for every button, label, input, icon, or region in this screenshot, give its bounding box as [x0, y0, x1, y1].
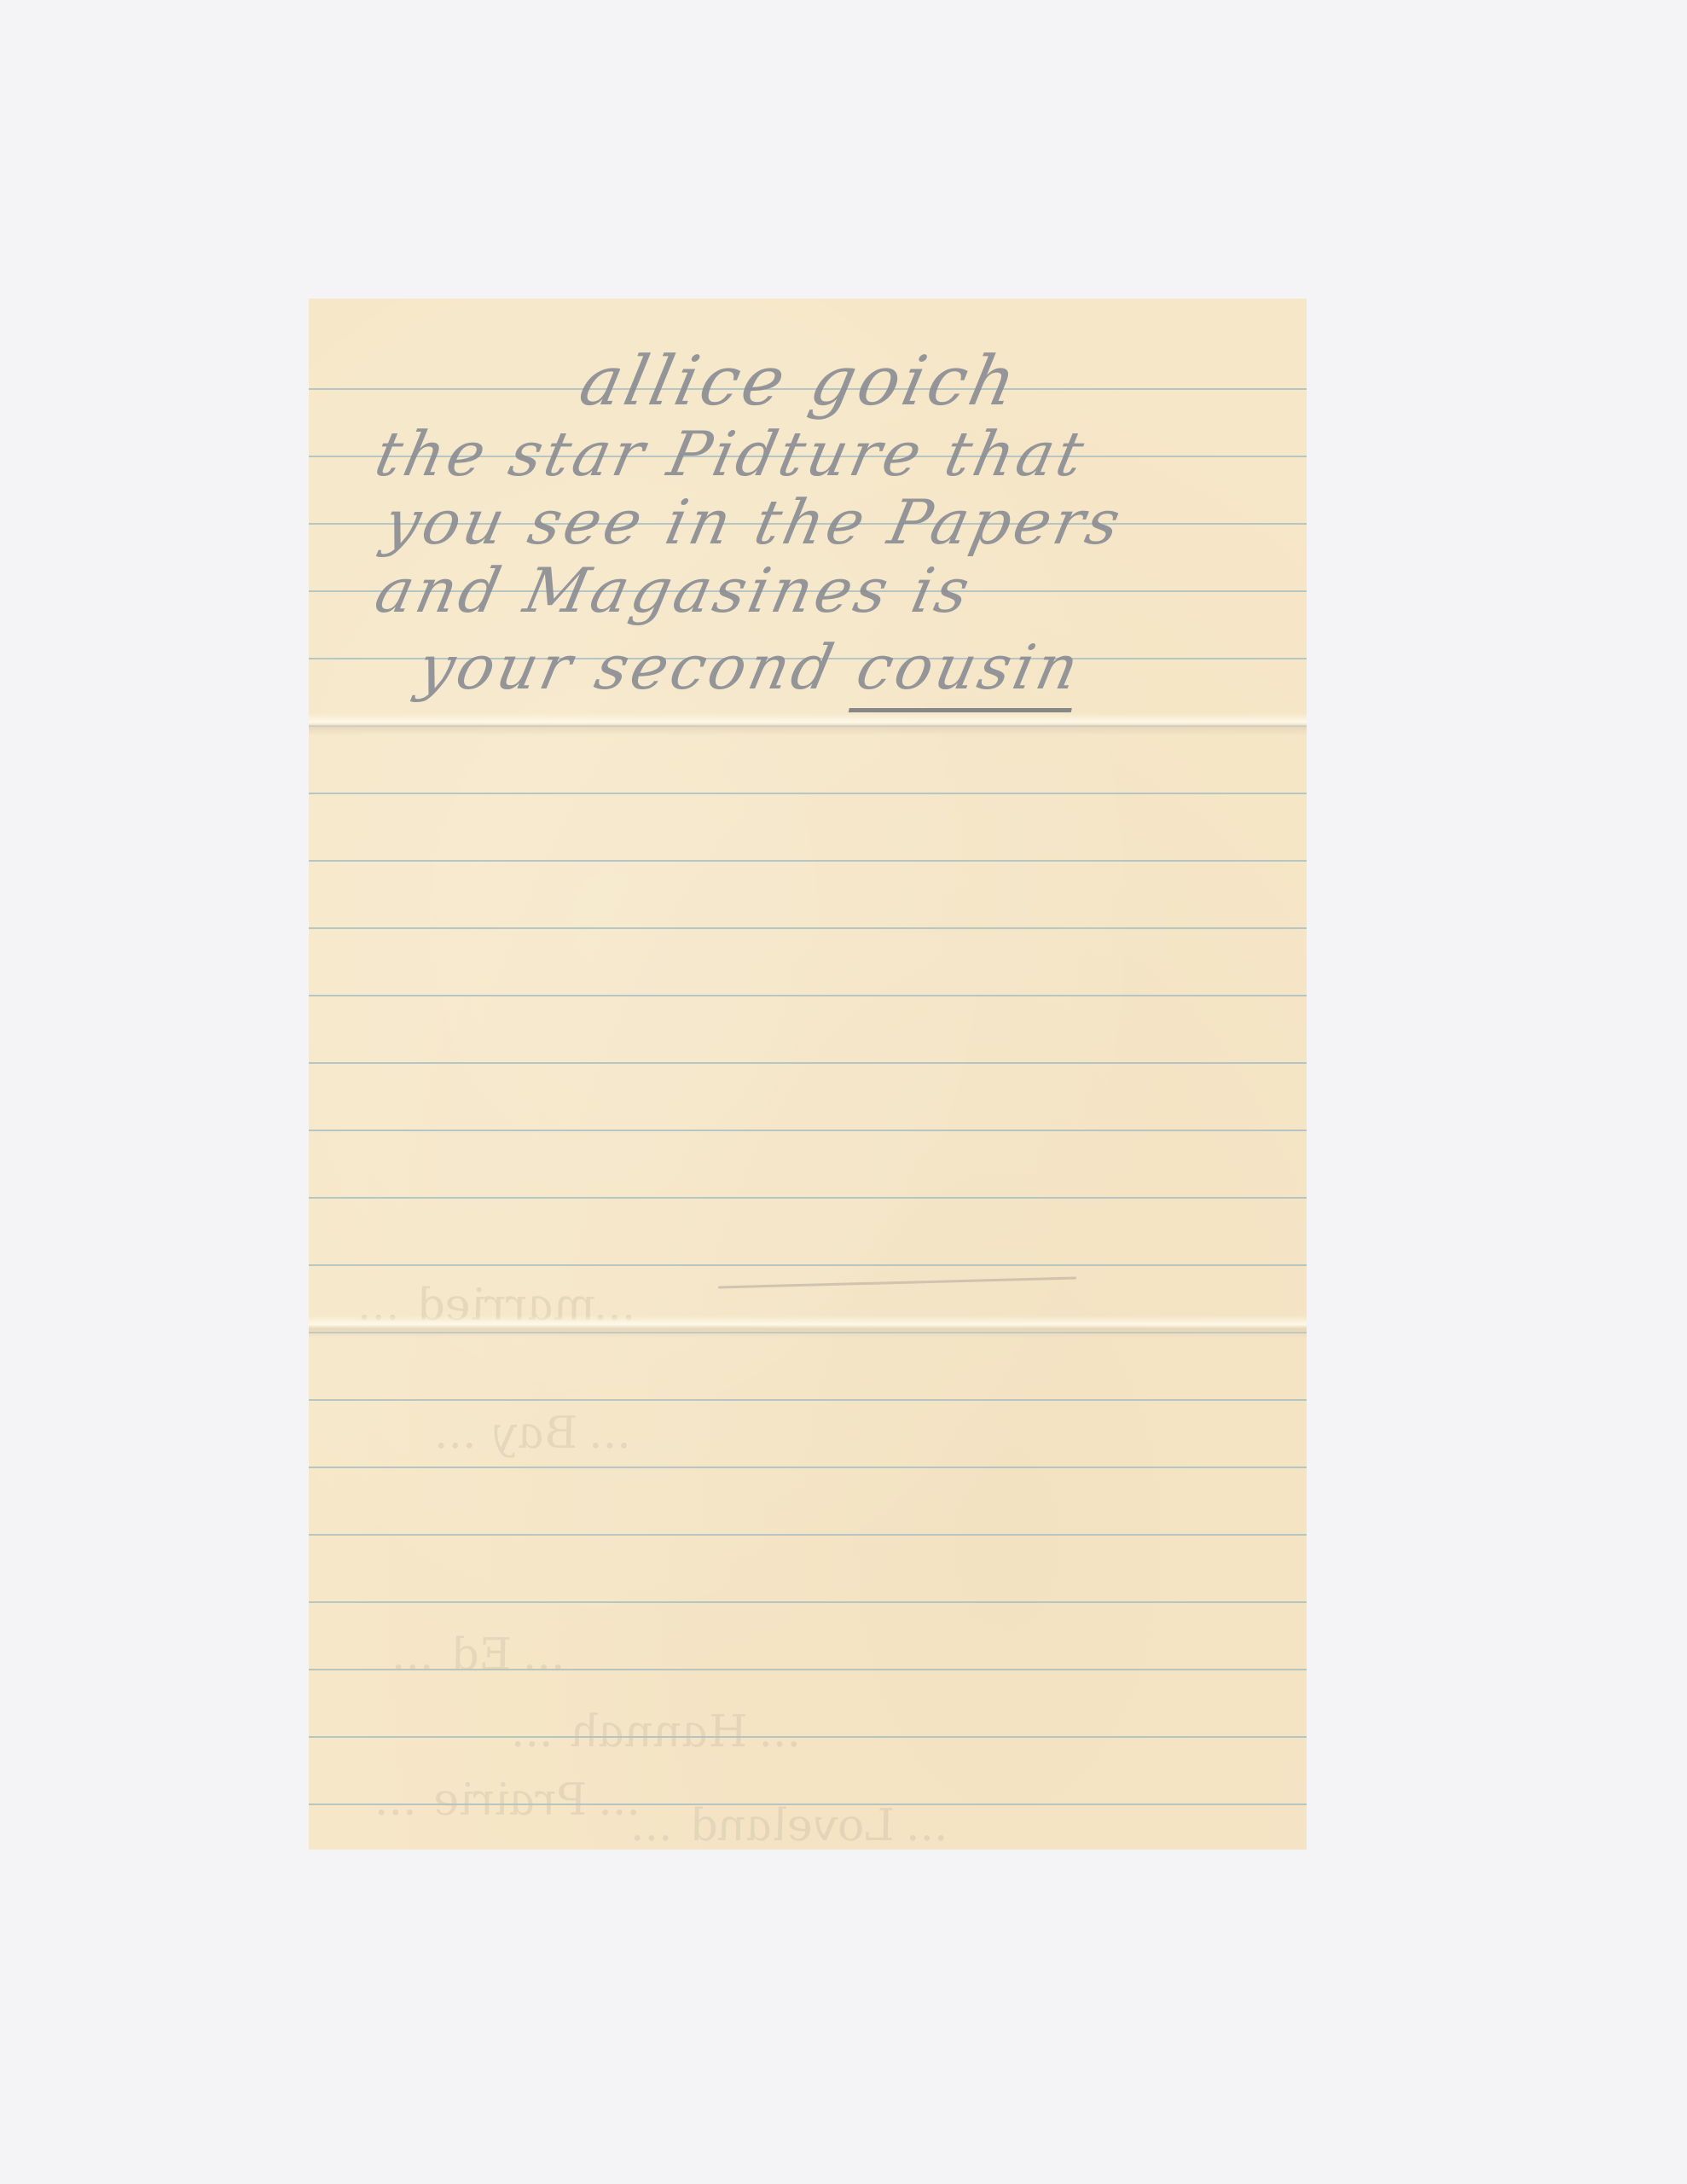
ruled-line: [309, 1130, 1307, 1131]
crease-mark: [718, 1277, 1076, 1289]
fold-crease-lower: [309, 1316, 1307, 1338]
handwriting-line: you see in the Papers: [378, 486, 1129, 558]
ruled-line: [309, 1399, 1307, 1401]
handwriting-line: the star Pidture that: [369, 418, 1093, 490]
handwriting-line: and Magasines is: [369, 555, 979, 626]
note-paper: ...married ... ... Bay ... ... Ed ... ..…: [309, 299, 1307, 1850]
handwriting-line-last: your second cousin: [412, 631, 1088, 703]
bleed-through-line: ... Loveland ...: [628, 1800, 956, 1851]
bleed-through-line: ... Hannah ...: [508, 1706, 809, 1757]
ruled-line: [309, 1264, 1307, 1266]
ruled-line: [309, 1601, 1307, 1603]
ruled-line: [309, 860, 1307, 862]
bleed-through-line: ... Bay ...: [432, 1408, 640, 1459]
bleed-through-line: ... Prairie ...: [372, 1774, 649, 1826]
ruled-line: [309, 793, 1307, 794]
ruled-line: [309, 1062, 1307, 1064]
handwriting-text: your second: [412, 631, 843, 703]
ruled-line: [309, 927, 1307, 929]
ruled-line: [309, 1467, 1307, 1468]
underlined-word: cousin: [849, 631, 1088, 712]
fold-crease-upper: [309, 713, 1307, 735]
ruled-line: [309, 1534, 1307, 1536]
handwriting-line-name: allice goich: [573, 341, 1026, 421]
bleed-through-line: ... Ed ...: [389, 1629, 573, 1681]
ruled-line: [309, 995, 1307, 996]
ruled-line: [309, 1197, 1307, 1199]
ruled-line: [309, 1736, 1307, 1738]
